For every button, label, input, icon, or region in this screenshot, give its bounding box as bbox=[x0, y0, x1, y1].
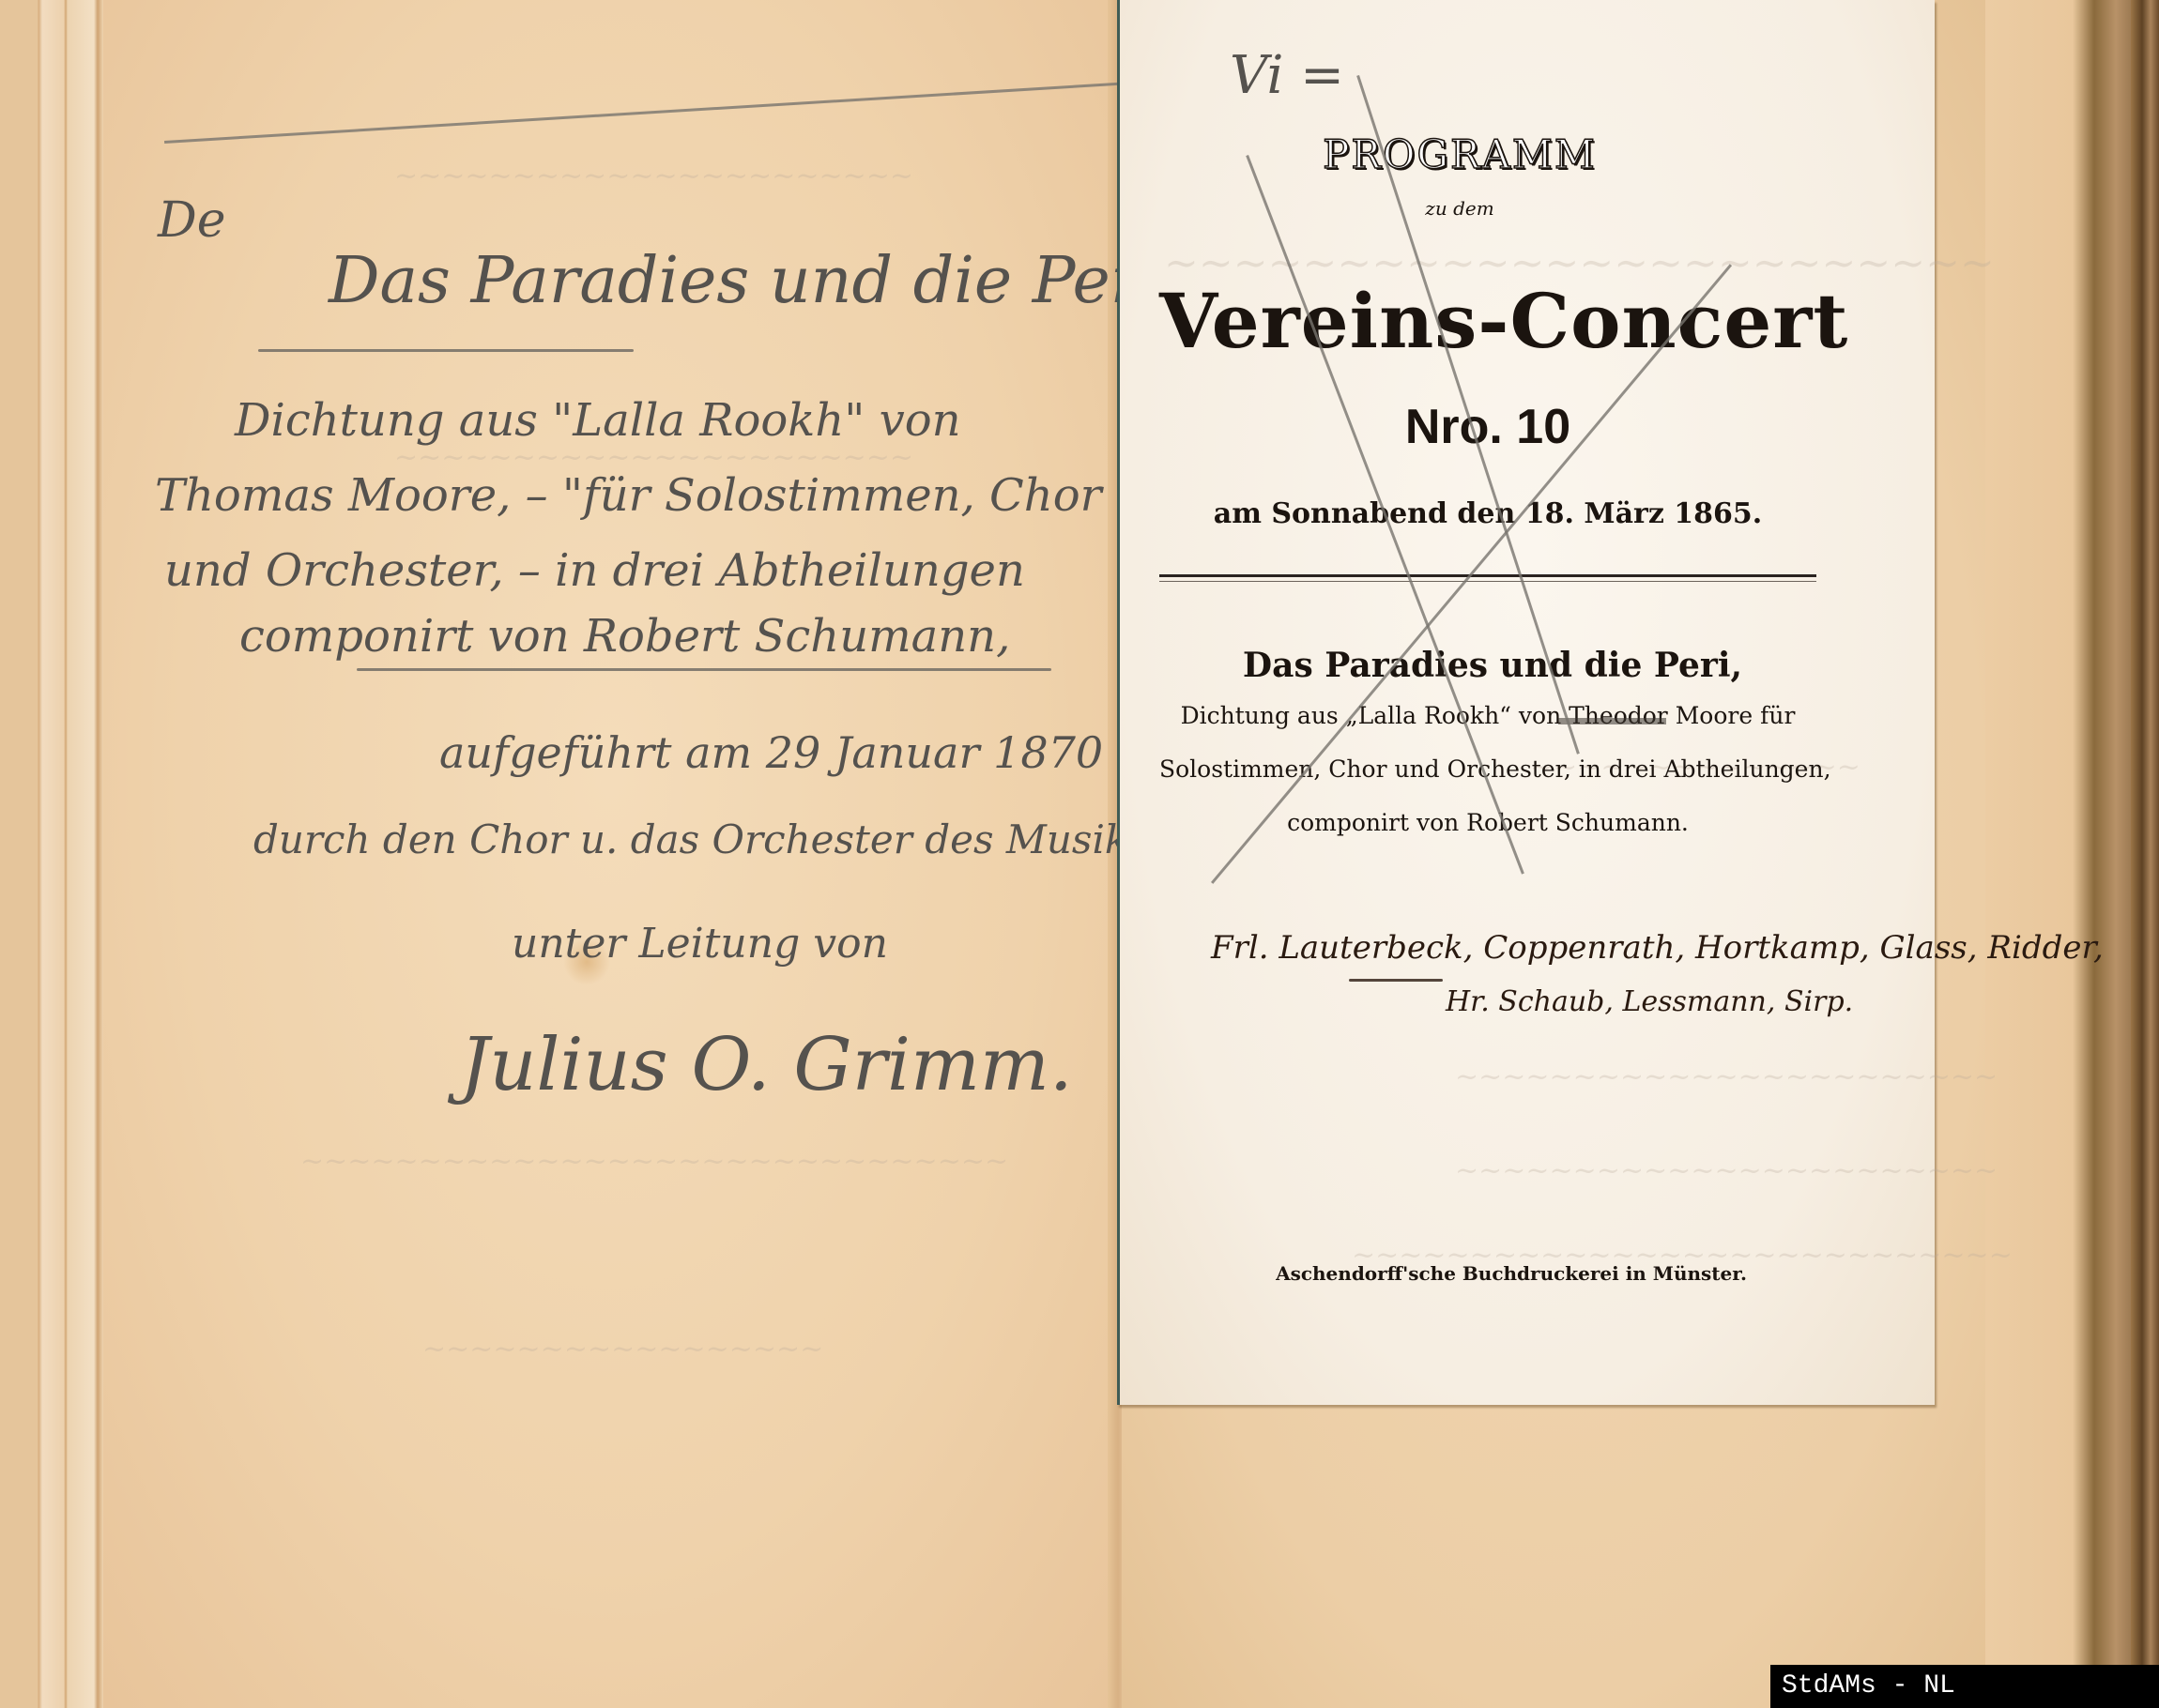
soloists-line-2: Hr. Schaub, Lessmann, Sirp. bbox=[1446, 985, 1853, 1018]
conductor-signature: Julius O. Grimm. bbox=[460, 1023, 1073, 1107]
concert-number: Nro. 10 bbox=[1347, 399, 1629, 455]
margin-mark: De bbox=[158, 192, 225, 249]
bleed-through-text: ~~~~~~~~~~~~~~~~~~~~~~~ bbox=[1455, 1154, 1998, 1187]
handwritten-line-2: Thomas Moore, – "für Solostimmen, Chor bbox=[155, 469, 1102, 522]
description-line-1: Dichtung aus „Lalla Rookh“ von Theodor M… bbox=[1159, 702, 1816, 729]
bleed-through-text: ~~~~~~~~~~~~~~~~~~~~~~~~~~~~~~ bbox=[300, 1145, 1008, 1178]
conductor-intro: unter Leitung von bbox=[512, 920, 888, 968]
archive-label: StdAMs - NL Grimm_37_047 bbox=[1770, 1665, 2159, 1708]
program-divider bbox=[1159, 574, 1816, 582]
soloists-line-1: Frl. Lauterbeck, Coppenrath, Hortkamp, G… bbox=[1211, 929, 2104, 967]
coppenrath-underline bbox=[1349, 979, 1443, 982]
concert-date: am Sonnabend den 18. März 1865. bbox=[1173, 497, 1802, 530]
description-line-3: componirt von Robert Schumann. bbox=[1220, 809, 1755, 836]
title-underline bbox=[258, 349, 634, 352]
program-title: Vereins-Concert bbox=[1159, 277, 1816, 365]
program-heading: PROGRAMM bbox=[1300, 131, 1619, 177]
work-title: Das Paradies und die Peri, bbox=[1220, 646, 1765, 685]
strikethrough-theodor bbox=[1558, 718, 1666, 724]
page-stack-edges bbox=[0, 0, 103, 1708]
composer-underline bbox=[357, 668, 1051, 671]
bleed-through-text: ~~~~~~~~~~~~~~~~~ bbox=[422, 1333, 823, 1365]
program-subheading: zu dem bbox=[1389, 197, 1530, 220]
handwritten-line-4: componirt von Robert Schumann, bbox=[239, 610, 1010, 663]
right-page-edges bbox=[2131, 0, 2159, 1708]
bleed-through-text: ~~~~~~~~~~~~~~~~~~~~~~ bbox=[394, 160, 913, 192]
printer-imprint: Aschendorff'sche Buchdruckerei in Münste… bbox=[1220, 1262, 1802, 1285]
handwritten-line-3: und Orchester, – in drei Abtheilungen bbox=[164, 544, 1025, 597]
performance-date: aufgeführt am 29 Januar 1870 bbox=[439, 727, 1103, 778]
handwritten-title: Das Paradies und die Peri bbox=[329, 244, 1161, 318]
pencil-note: Vi = bbox=[1230, 45, 1344, 106]
handwritten-line-1: Dichtung aus "Lalla Rookh" von bbox=[235, 394, 961, 447]
book-spread: ~~~~~~~~~~~~~~~~~~~~~~ ~~~~~~~~~~~~~~~~~… bbox=[0, 0, 2159, 1708]
bleed-through-text: ~~~~~~~~~~~~~~~~~~~~~~~ bbox=[1455, 1060, 1998, 1093]
